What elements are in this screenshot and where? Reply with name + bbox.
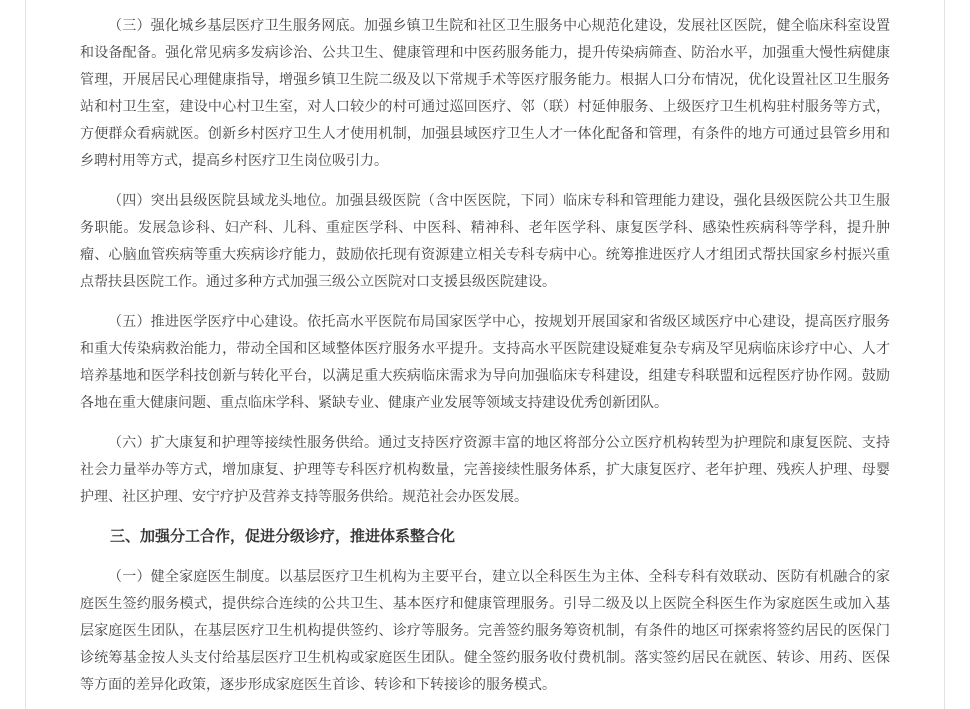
policy-paragraph-item-3: （三）强化城乡基层医疗卫生服务网底。加强乡镇卫生院和社区卫生服务中心规范化建设，…: [80, 12, 890, 174]
policy-paragraph-item-5: （五）推进医学医疗中心建设。依托高水平医院布局国家医学中心，按规划开展国家和省级…: [80, 308, 890, 416]
document-page: （三）强化城乡基层医疗卫生服务网底。加强乡镇卫生院和社区卫生服务中心规范化建设，…: [25, 0, 945, 709]
policy-paragraph-item-4: （四）突出县级医院县域龙头地位。加强县级医院（含中医医院，下同）临床专科和管理能…: [80, 187, 890, 295]
policy-article: （三）强化城乡基层医疗卫生服务网底。加强乡镇卫生院和社区卫生服务中心规范化建设，…: [26, 0, 944, 698]
policy-paragraph-item-1: （一）健全家庭医生制度。以基层医疗卫生机构为主要平台，建立以全科医生为主体、全科…: [80, 563, 890, 698]
section-heading-three: 三、加强分工合作，促进分级诊疗，推进体系整合化: [80, 523, 890, 550]
policy-paragraph-item-6: （六）扩大康复和护理等接续性服务供给。通过支持医疗资源丰富的地区将部分公立医疗机…: [80, 429, 890, 510]
